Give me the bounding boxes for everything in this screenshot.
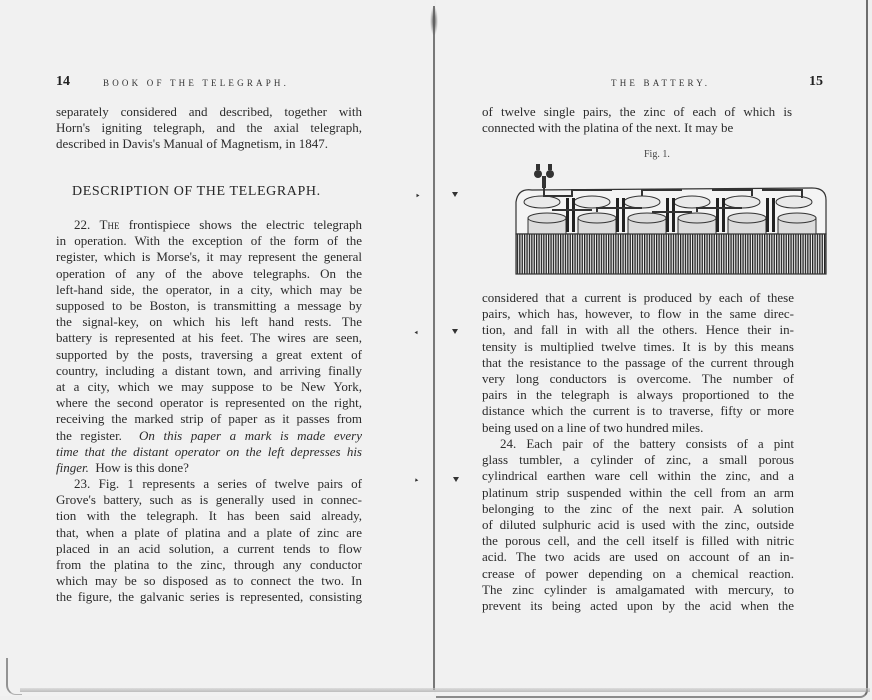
- text-line: finger. How is this done?: [56, 460, 362, 476]
- text-line: that the resistance to the passage of th…: [482, 355, 794, 371]
- text-line: pairs in the telegraph is always proport…: [482, 387, 794, 403]
- text-line: Grove's battery, such as is generally us…: [56, 492, 362, 508]
- text-line: at a city, which we may suppose to be Ne…: [56, 379, 362, 395]
- paragraph-number: 22.: [74, 217, 90, 232]
- page-number-right: 15: [809, 74, 823, 90]
- binding-mark: [417, 194, 420, 198]
- book-spine: [433, 6, 435, 690]
- grove-battery-illustration: [512, 160, 832, 276]
- text-line: connected with the platina of the next. …: [482, 120, 792, 136]
- paragraph-24: 24. Each pair of the battery consists of…: [482, 436, 794, 614]
- text-line: distance which the current is to travers…: [482, 403, 794, 419]
- text-span: frontispiece shows the electric telegrap…: [129, 217, 362, 232]
- italic-text: time that the distant operator on the le…: [56, 444, 362, 459]
- left-page: 14 BOOK OF THE TELEGRAPH. separately con…: [0, 0, 434, 696]
- text-line: of diluted sulphuric acid is used with t…: [482, 517, 794, 533]
- right-body-paragraph: considered that a current is produced by…: [482, 290, 794, 436]
- text-line: The zinc cylinder is amalgamated with me…: [482, 582, 794, 598]
- text-line: which may be so disposed as to connect t…: [56, 573, 362, 589]
- text-line: left-hand side, the operator, in a city,…: [56, 282, 362, 298]
- spine-smudge: [430, 6, 438, 36]
- continuation-paragraph: of twelve single pairs, the zinc of each…: [482, 104, 792, 136]
- text-line: crease of power depending on a chemical …: [482, 566, 794, 582]
- text-line: where the second operator is represented…: [56, 395, 362, 411]
- text-line: supported by the posts, traversing a gre…: [56, 347, 362, 363]
- page-number-left: 14: [56, 74, 70, 90]
- section-title: DESCRIPTION OF THE TELEGRAPH.: [72, 184, 321, 200]
- text-span: the register.: [56, 428, 122, 443]
- text-line: tensity is multiplied twelve times. It i…: [482, 339, 794, 355]
- italic-text: finger.: [56, 460, 89, 475]
- text-line: belonging to the zinc of the next pair. …: [482, 501, 794, 517]
- binding-mark: [453, 477, 459, 482]
- text-line: time that the distant operator on the le…: [56, 444, 362, 460]
- text-line: considered that a current is produced by…: [482, 290, 794, 306]
- text-line: pairs, which has, however, to flow in th…: [482, 306, 794, 322]
- text-line: Horn's igniting telegraph, and the axial…: [56, 120, 362, 136]
- text-line: described in Davis's Manual of Magnetism…: [56, 136, 362, 152]
- text-line: tion, and fall in with all the others. H…: [482, 322, 794, 338]
- binding-mark: [415, 331, 418, 335]
- text-line: the signal-key, on which his left hand r…: [56, 314, 362, 330]
- book-spread: 14 BOOK OF THE TELEGRAPH. separately con…: [0, 0, 872, 700]
- text-line: in operation. With the exception of the …: [56, 233, 362, 249]
- text-line: tion with the telegraph. It has been sai…: [56, 508, 362, 524]
- page-corner-curl: [6, 658, 22, 695]
- italic-text: On this paper a mark is made every: [139, 428, 362, 443]
- text-line: supposed to be Boston, is transmitting a…: [56, 298, 362, 314]
- text-line: 23. Fig. 1 represents a series of twelve…: [56, 476, 362, 492]
- binding-mark: [452, 329, 458, 334]
- text-line: cylindrical earthen ware cell within the…: [482, 468, 794, 484]
- text-line: receiving the marked strip of paper as i…: [56, 411, 362, 427]
- text-line: the register. On this paper a mark is ma…: [56, 428, 362, 444]
- text-line: the figure, the galvanic series is repre…: [56, 589, 362, 605]
- text-line: from the platina to the zinc, through an…: [56, 557, 362, 573]
- text-line: of twelve single pairs, the zinc of each…: [482, 104, 792, 120]
- text-line: acid. The two acids are used on account …: [482, 549, 794, 565]
- running-head-right: THE BATTERY.: [611, 78, 710, 88]
- text-span: How is this done?: [95, 460, 189, 475]
- text-line: battery is represented at his feet. The …: [56, 330, 362, 346]
- text-line: being used on a line of two hundred mile…: [482, 420, 794, 436]
- text-line: the porous cell, and the cell itself is …: [482, 533, 794, 549]
- text-line: 22. The frontispiece shows the electric …: [56, 217, 362, 233]
- figure-label: Fig. 1.: [644, 149, 670, 160]
- binding-mark: [452, 192, 458, 197]
- text-line: operation of any of the above telegraphs…: [56, 266, 362, 282]
- text-line: glass tumbler, a cylinder of zinc, a sma…: [482, 452, 794, 468]
- text-line: 24. Each pair of the battery consists of…: [482, 436, 794, 452]
- paragraph-22: 22. The frontispiece shows the electric …: [56, 217, 362, 476]
- running-head-left: BOOK OF THE TELEGRAPH.: [103, 78, 289, 88]
- text-line: country, including a distant town, and a…: [56, 363, 362, 379]
- intro-paragraph: separately considered and described, tog…: [56, 104, 362, 153]
- lead-word: The: [100, 217, 120, 232]
- text-line: prevent its being acted upon by the acid…: [482, 598, 794, 614]
- text-line: platinum strip suspended within the cell…: [482, 485, 794, 501]
- text-line: that, when a plate of platina and a plat…: [56, 525, 362, 541]
- page-bottom-edge: [20, 688, 870, 692]
- paragraph-23: 23. Fig. 1 represents a series of twelve…: [56, 476, 362, 606]
- battery-figure: [512, 160, 832, 276]
- text-line: register, which is Morse's, it may repre…: [56, 249, 362, 265]
- text-line: placed in an acid solution, a current te…: [56, 541, 362, 557]
- text-line: separately considered and described, tog…: [56, 104, 362, 120]
- text-line: very long conductors is overcome. The nu…: [482, 371, 794, 387]
